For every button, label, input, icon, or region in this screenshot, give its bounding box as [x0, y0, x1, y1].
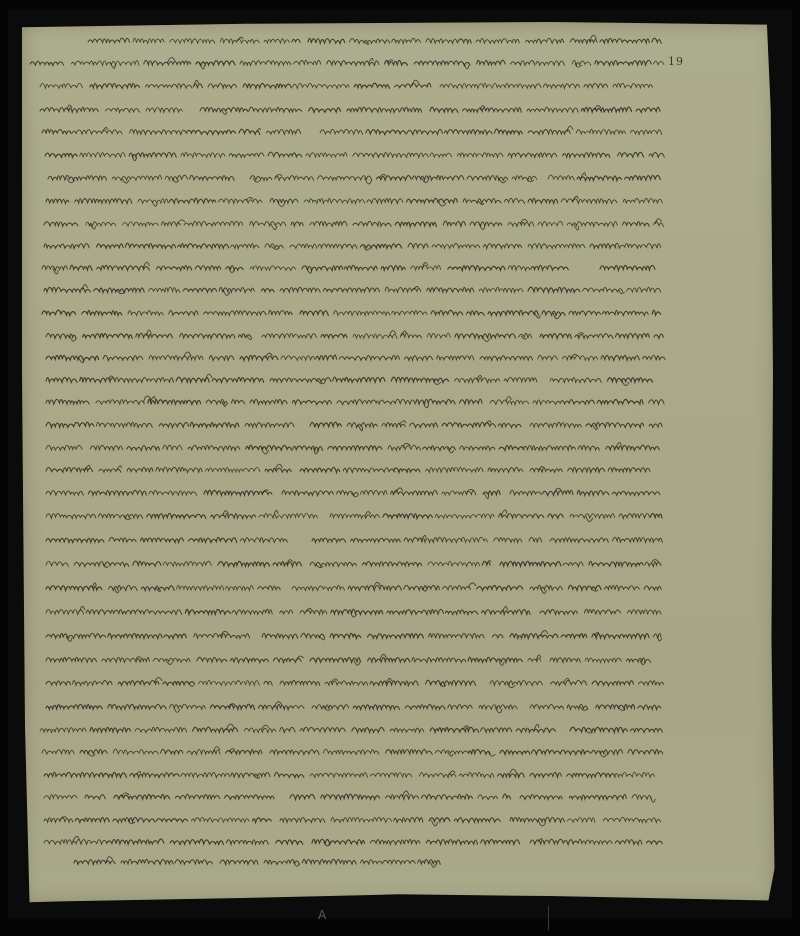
text-line [88, 35, 661, 44]
text-line [40, 105, 660, 114]
text-line [46, 678, 664, 688]
text-line [44, 219, 663, 230]
text-line [46, 560, 661, 568]
text-line [40, 724, 662, 733]
text-line [45, 152, 664, 161]
text-line [46, 606, 661, 617]
text-line [46, 464, 650, 472]
text-line [46, 330, 663, 341]
text-line [46, 396, 664, 408]
text-line [46, 510, 662, 522]
text-line [44, 769, 655, 778]
text-line [46, 582, 661, 593]
text-line [30, 57, 664, 69]
text-line [42, 262, 655, 274]
page-number: 19 [668, 55, 684, 68]
text-line [40, 80, 652, 88]
text-line [44, 791, 655, 802]
text-line [48, 173, 660, 184]
text-line [44, 817, 661, 826]
scan-artifact-line [548, 906, 549, 930]
text-line [46, 196, 662, 206]
text-line [46, 488, 660, 499]
text-line [46, 352, 665, 363]
text-line [46, 421, 662, 431]
text-line [74, 857, 440, 868]
text-line [46, 374, 653, 385]
text-line [42, 747, 663, 757]
text-line [42, 310, 661, 318]
bottom-mark: A [318, 908, 326, 922]
text-line [44, 285, 661, 296]
text-line [46, 702, 661, 713]
text-line [46, 631, 662, 642]
handwritten-text-block [0, 0, 800, 936]
text-line [44, 243, 661, 250]
text-line [46, 443, 659, 454]
text-line [46, 654, 650, 665]
text-line [44, 836, 662, 845]
text-line [46, 535, 662, 542]
text-line [42, 126, 662, 134]
